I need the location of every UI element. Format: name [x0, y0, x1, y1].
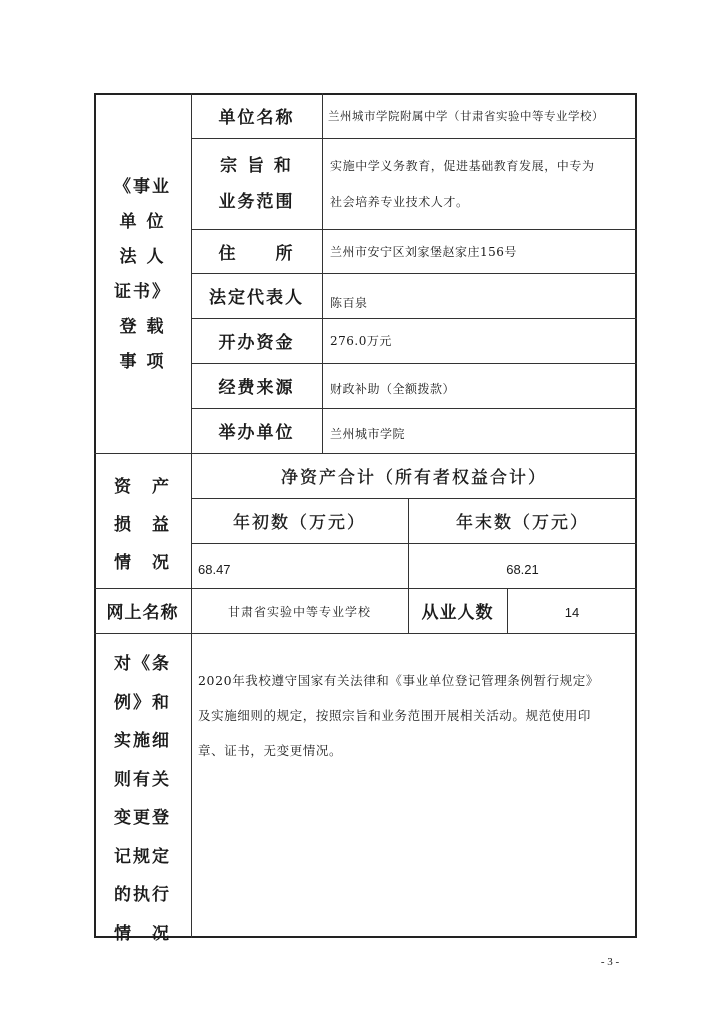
section-label-line: 登 载 — [94, 310, 191, 345]
section-label-line: 对《条 — [94, 645, 191, 684]
capital-value: 276.0万元 — [322, 318, 637, 363]
purpose-value-line: 实施中学义务教育，促进基础教育发展，中专为 — [330, 148, 637, 184]
compliance-text-line: 2020年我校遵守国家有关法律和《事业单位登记管理条例暂行规定》 — [198, 663, 636, 698]
divider-row — [191, 543, 637, 544]
compliance-section-label: 对《条 例》和 实施细 则有关 变更登 记规定 的执行 情 况 — [94, 645, 191, 953]
capital-label: 开办资金 — [191, 318, 322, 363]
section-label-line: 资 产 — [94, 468, 191, 506]
page-number: - 3 - — [590, 956, 630, 968]
legal-rep-label: 法定代表人 — [191, 273, 322, 318]
end-of-year-header: 年末数（万元） — [408, 498, 637, 543]
assets-section-label: 资 产 损 益 情 况 — [94, 468, 191, 582]
funding-source-label: 经费来源 — [191, 363, 322, 408]
staff-count-label: 从业人数 — [408, 588, 507, 633]
sponsor-value: 兰州城市学院 — [322, 411, 637, 456]
purpose-scope-label: 宗 旨 和 业务范围 — [191, 138, 322, 229]
end-of-year-value: 68.21 — [408, 562, 637, 577]
section-label-line: 《事业 — [94, 170, 191, 205]
unit-name-value: 兰州城市学院附属中学（甘肃省实验中等专业学校） — [322, 93, 637, 138]
registration-section-label: 《事业 单 位 法 人 证书》 登 载 事 项 — [94, 170, 191, 380]
online-name-value: 甘肃省实验中等专业学校 — [191, 588, 408, 635]
staff-count-value: 14 — [507, 590, 637, 635]
unit-name-label: 单位名称 — [191, 93, 322, 138]
purpose-label-line: 宗 旨 和 — [220, 148, 293, 184]
section-label-line: 单 位 — [94, 205, 191, 240]
section-label-line: 的执行 — [94, 876, 191, 915]
address-label: 住 所 — [191, 229, 322, 273]
section-label-line: 损 益 — [94, 506, 191, 544]
address-value: 兰州市安宁区刘家堡赵家庄156号 — [322, 229, 637, 273]
section-label-line: 情 况 — [94, 544, 191, 582]
net-assets-header: 净资产合计（所有者权益合计） — [191, 453, 637, 498]
funding-source-value: 财政补助（全额拨款） — [322, 366, 637, 411]
compliance-text-line: 及实施细则的规定，按照宗旨和业务范围开展相关活动。规范使用印 — [198, 698, 636, 733]
section-label-line: 实施细 — [94, 722, 191, 761]
online-name-label: 网上名称 — [94, 588, 191, 633]
section-label-line: 记规定 — [94, 838, 191, 877]
section-label-line: 法 人 — [94, 240, 191, 275]
purpose-scope-value: 实施中学义务教育，促进基础教育发展，中专为 社会培养专业技术人才。 — [322, 148, 637, 220]
start-of-year-value: 68.47 — [198, 562, 398, 577]
compliance-text-line: 章、证书，无变更情况。 — [198, 733, 636, 768]
section-label-line: 变更登 — [94, 799, 191, 838]
purpose-label-line: 业务范围 — [219, 184, 295, 220]
section-label-line: 情 况 — [94, 915, 191, 954]
section-label-line: 例》和 — [94, 684, 191, 723]
section-label-line: 事 项 — [94, 345, 191, 380]
sponsor-label: 举办单位 — [191, 408, 322, 453]
section-label-line: 证书》 — [94, 275, 191, 310]
start-of-year-header: 年初数（万元） — [191, 498, 408, 543]
purpose-value-line: 社会培养专业技术人才。 — [330, 184, 637, 220]
section-label-line: 则有关 — [94, 761, 191, 800]
compliance-text: 2020年我校遵守国家有关法律和《事业单位登记管理条例暂行规定》 及实施细则的规… — [198, 663, 636, 768]
